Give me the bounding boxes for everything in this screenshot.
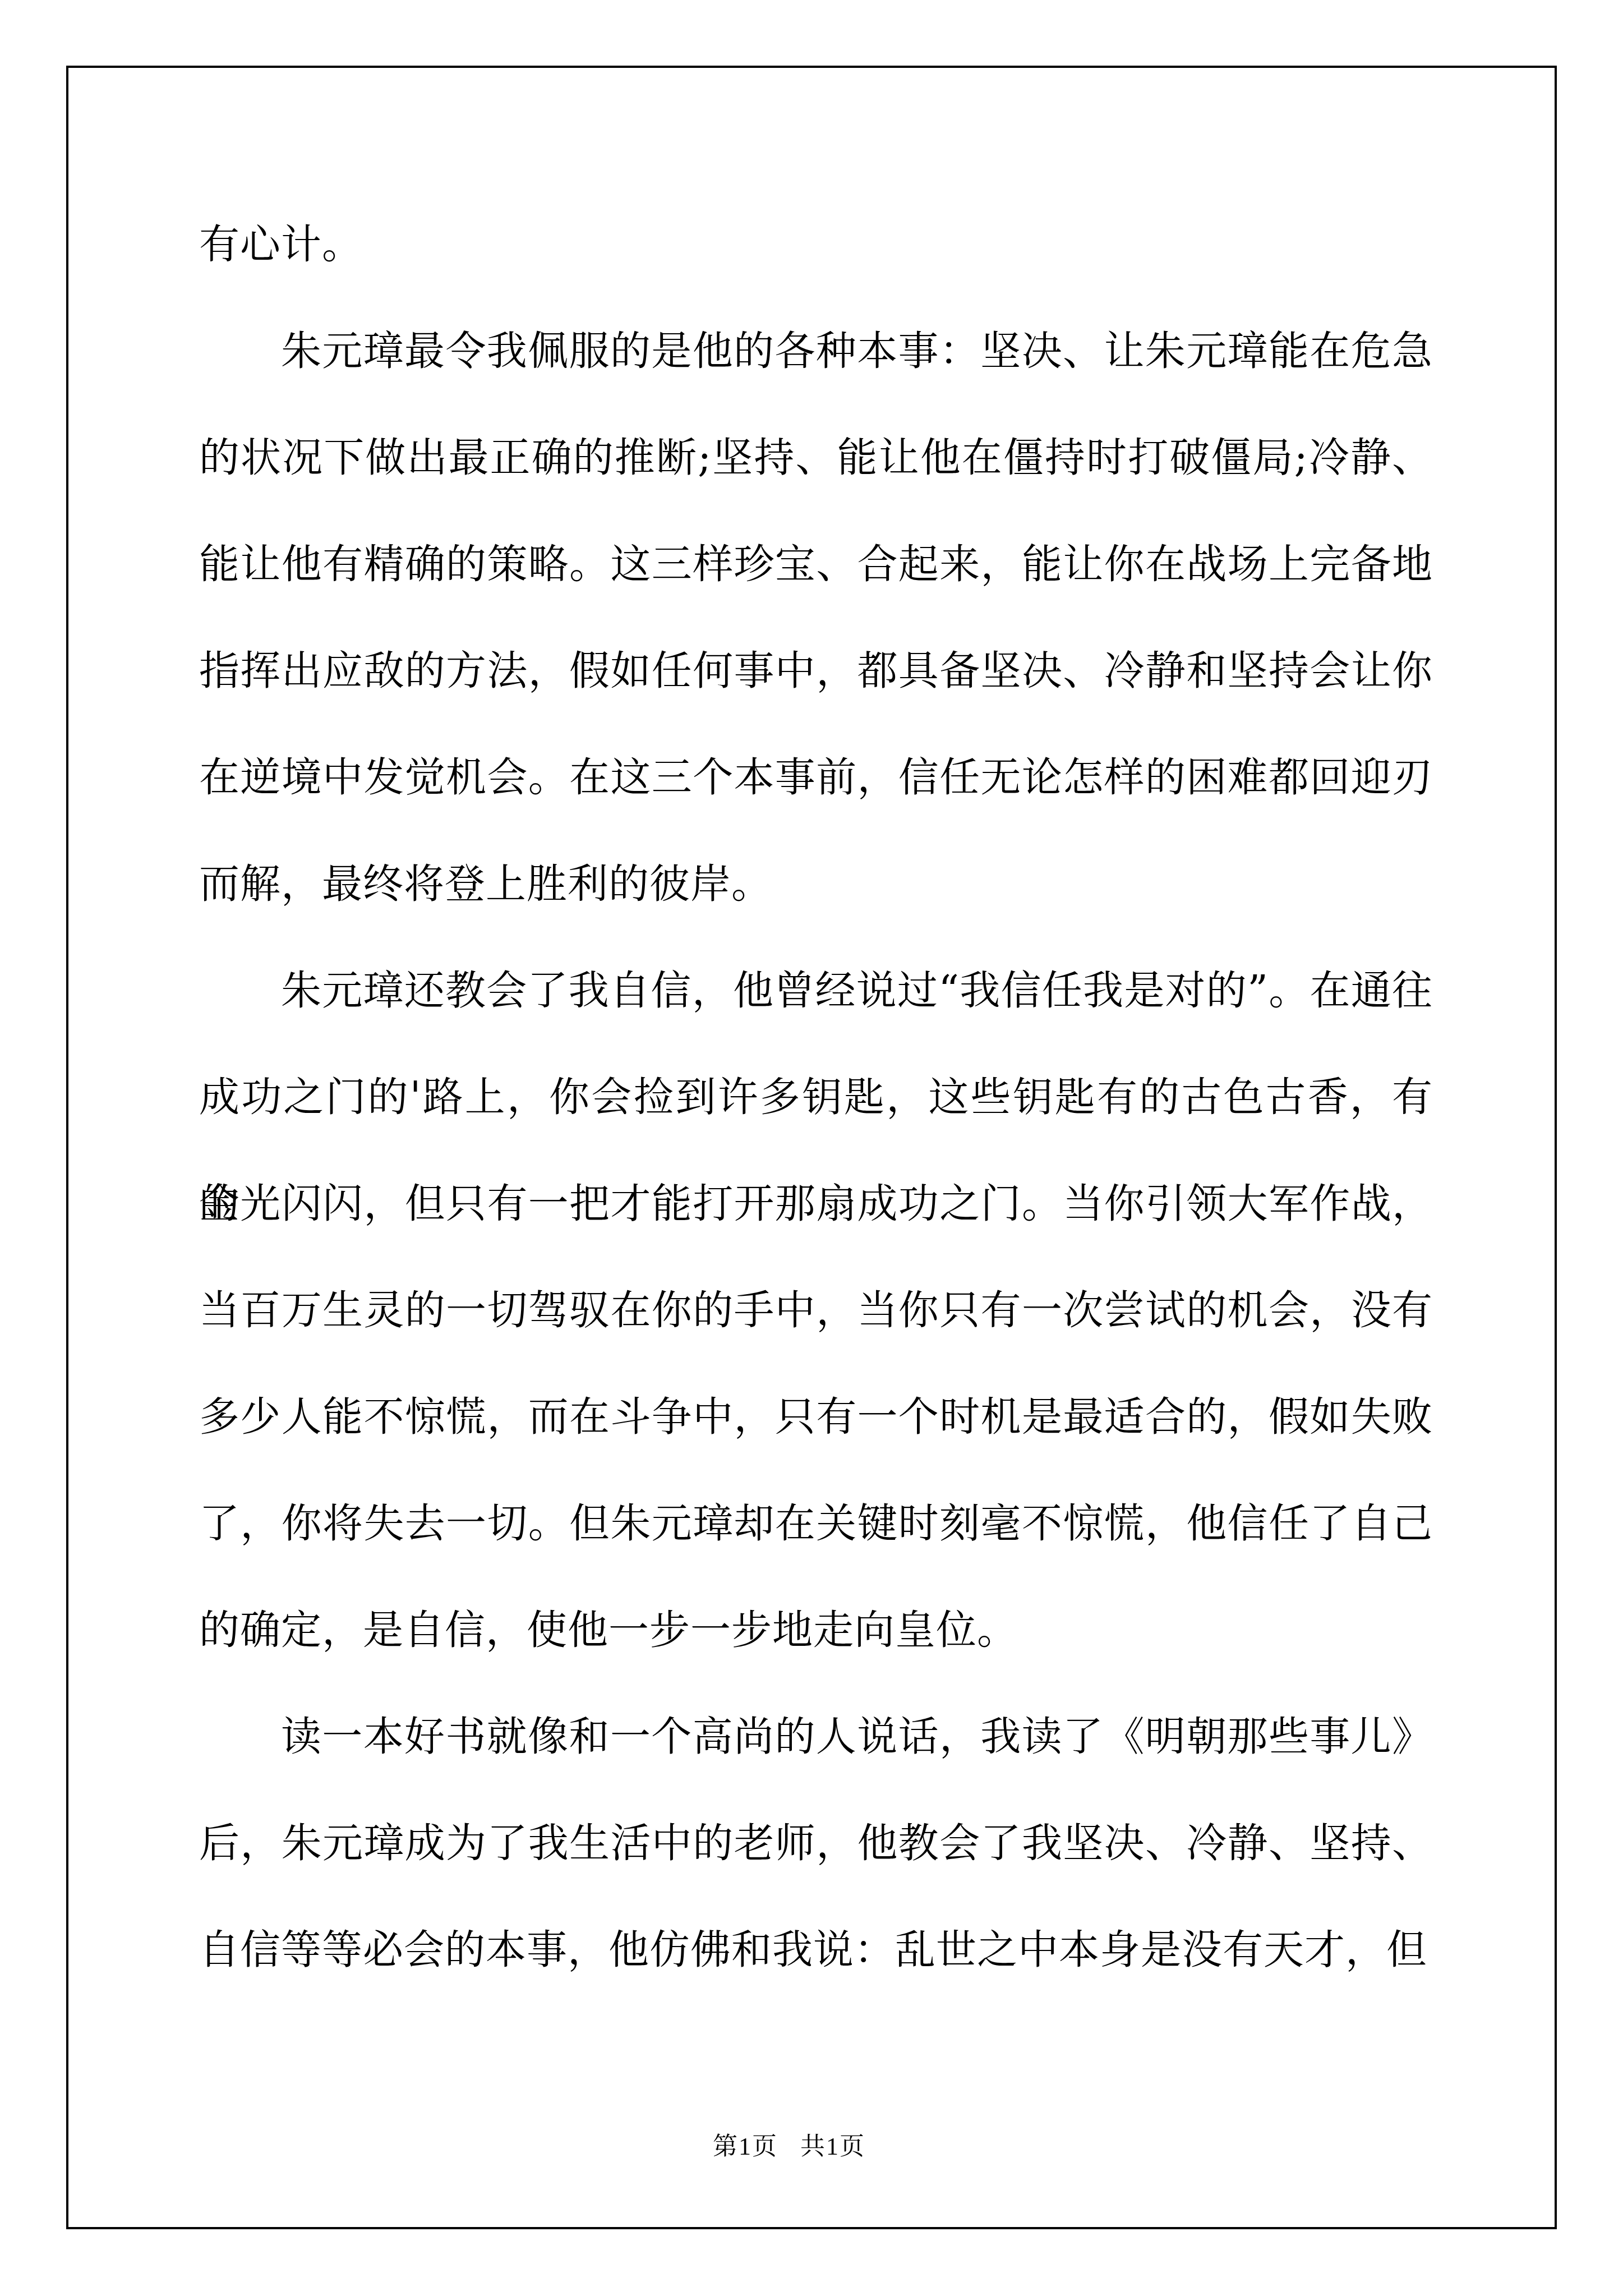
text-line: 多少人能不惊慌，而在斗争中，只有一个时机是最适合的，假如失败 (199, 1363, 1433, 1470)
current-page-label: 第1页 (713, 2133, 778, 2160)
text-line: 朱元璋最令我佩服的是他的各种本事：坚决、让朱元璋能在危急 (199, 297, 1433, 404)
text-line: 的状况下做出最正确的推断;坚持、能让他在僵持时打破僵局;冷静、 (199, 404, 1433, 510)
text-line: 读一本好书就像和一个高尚的人说话，我读了《明朝那些事儿》 (199, 1683, 1433, 1789)
document-page: 有心计。朱元璋最令我佩服的是他的各种本事：坚决、让朱元璋能在危急的状况下做出最正… (0, 0, 1623, 2296)
text-line: 朱元璋还教会了我自信，他曾经说过“我信任我是对的”。在通往 (199, 937, 1433, 1043)
text-line: 有心计。 (199, 191, 1433, 297)
text-line: 自信等等必会的本事，他仿佛和我说：乱世之中本身是没有天才，但 (199, 1896, 1433, 2003)
text-line: 能让他有精确的策略。这三样珍宝、合起来，能让你在战场上完备地 (199, 510, 1433, 617)
text-line: 金光闪闪，但只有一把才能打开那扇成功之门。当你引领大军作战， (199, 1150, 1433, 1257)
text-line: 后，朱元璋成为了我生活中的老师，他教会了我坚决、冷静、坚持、 (199, 1789, 1433, 1896)
text-line: 的确定，是自信，使他一步一步地走向皇位。 (199, 1576, 1433, 1683)
text-line: 当百万生灵的一切驾驭在你的手中，当你只有一次尝试的机会，没有 (199, 1257, 1433, 1363)
text-line: 指挥出应敌的方法，假如任何事中，都具备坚决、冷静和坚持会让你 (199, 617, 1433, 724)
total-pages-label: 共1页 (800, 2133, 865, 2160)
text-line: 在逆境中发觉机会。在这三个本事前，信任无论怎样的困难都回迎刃 (199, 724, 1433, 830)
text-line: 而解，最终将登上胜利的彼岸。 (199, 830, 1433, 937)
page-footer: 第1页共1页 (0, 2126, 1601, 2162)
document-body: 有心计。朱元璋最令我佩服的是他的各种本事：坚决、让朱元璋能在危急的状况下做出最正… (199, 191, 1433, 2003)
text-line: 了，你将失去一切。但朱元璋却在关键时刻毫不惊慌，他信任了自己 (199, 1470, 1433, 1576)
text-line: 成功之门的'路上，你会捡到许多钥匙，这些钥匙有的古色古香，有的 (199, 1043, 1433, 1150)
